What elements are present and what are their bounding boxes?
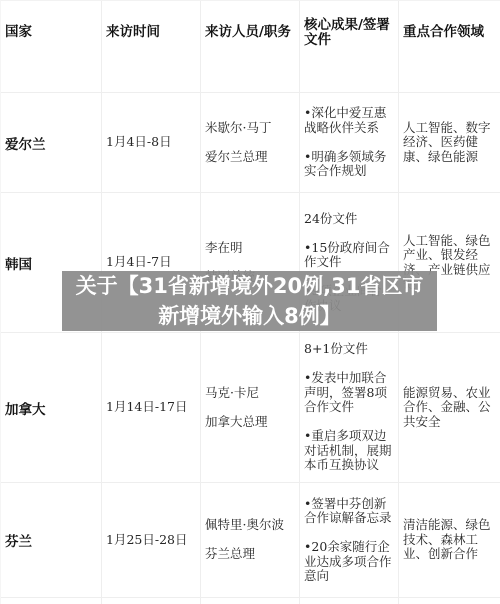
visitor-name-title: 马克·卡尼 加拿大总理: [205, 386, 268, 430]
empty-cell: [300, 598, 399, 604]
cell-results: •深化中爱互惠战略伙伴关系 •明确多领域务实合作规划: [300, 93, 399, 193]
cell-areas: 人工智能、数字经济、医药健康、绿色能源: [399, 93, 500, 193]
country-name: 加拿大: [5, 398, 46, 418]
cell-areas: 能源贸易、农业合作、金融、公共安全: [399, 333, 500, 483]
visit-time: 1月4日-7日: [106, 255, 172, 270]
table-screenshot-root: 国家 来访时间 来访人员/职务 核心成果/签署文件 重点合作领域 爱尔兰 1月4…: [0, 0, 500, 604]
areas-list: 清洁能源、绿色技术、森林工业、创新合作: [403, 518, 495, 562]
empty-cell: [102, 598, 201, 604]
empty-cell: [201, 598, 300, 604]
country-name: 爱尔兰: [5, 133, 46, 153]
cell-results: •签署中芬创新合作谅解备忘录 •20余家随行企业达成多项合作意向: [300, 483, 399, 598]
visitor-name-title: 米歇尔·马丁 爱尔兰总理: [205, 121, 271, 165]
country-name: 韩国: [5, 253, 32, 273]
header-visitors: 来访人员/职务: [201, 1, 300, 93]
cell-visitors: 佩特里·奥尔波 芬兰总理: [201, 483, 300, 598]
header-areas: 重点合作领域: [399, 1, 500, 93]
header-country: 国家: [1, 1, 102, 93]
results-list: •签署中芬创新合作谅解备忘录 •20余家随行企业达成多项合作意向: [304, 497, 393, 584]
header-results-label: 核心成果/签署文件: [304, 18, 393, 48]
header-areas-label: 重点合作领域: [403, 25, 484, 40]
visit-time: 1月25日-28日: [106, 533, 188, 548]
empty-cell: [1, 598, 102, 604]
visit-time: 1月4日-8日: [106, 135, 172, 150]
cell-visit-time: 1月14日-17日: [102, 333, 201, 483]
overlay-title-line1: 关于【31省新增境外20例,31省区市: [76, 271, 424, 301]
cell-visitors: 马克·卡尼 加拿大总理: [201, 333, 300, 483]
cell-visit-time: 1月25日-28日: [102, 483, 201, 598]
overlay-title-line2: 新增境外输入8例】: [158, 301, 341, 331]
header-visit-time-label: 来访时间: [106, 25, 160, 40]
cell-results: 8+1份文件 •发表中加联合声明，签署8项合作文件 •重启多项双边对话机制，展期…: [300, 333, 399, 483]
empty-cell: [399, 598, 500, 604]
cell-visitors: 米歇尔·马丁 爱尔兰总理: [201, 93, 300, 193]
areas-list: 人工智能、数字经济、医药健康、绿色能源: [403, 121, 495, 165]
visitor-name-title: 佩特里·奥尔波 芬兰总理: [205, 518, 284, 562]
areas-list: 能源贸易、农业合作、金融、公共安全: [403, 386, 495, 430]
header-country-label: 国家: [5, 25, 32, 40]
header-visit-time: 来访时间: [102, 1, 201, 93]
country-name: 芬兰: [5, 530, 32, 550]
cell-visit-time: 1月4日-8日: [102, 93, 201, 193]
results-list: •深化中爱互惠战略伙伴关系 •明确多领域务实合作规划: [304, 106, 393, 179]
cell-country: 加拿大: [1, 333, 102, 483]
header-results: 核心成果/签署文件: [300, 1, 399, 93]
cell-areas: 清洁能源、绿色技术、森林工业、创新合作: [399, 483, 500, 598]
header-visitors-label: 来访人员/职务: [205, 25, 291, 40]
cell-country: 芬兰: [1, 483, 102, 598]
visit-time: 1月14日-17日: [106, 400, 188, 415]
watermark-overlay: 关于【31省新增境外20例,31省区市 新增境外输入8例】: [62, 271, 437, 331]
results-list: 8+1份文件 •发表中加联合声明，签署8项合作文件 •重启多项双边对话机制，展期…: [304, 342, 393, 473]
cell-country: 爱尔兰: [1, 93, 102, 193]
